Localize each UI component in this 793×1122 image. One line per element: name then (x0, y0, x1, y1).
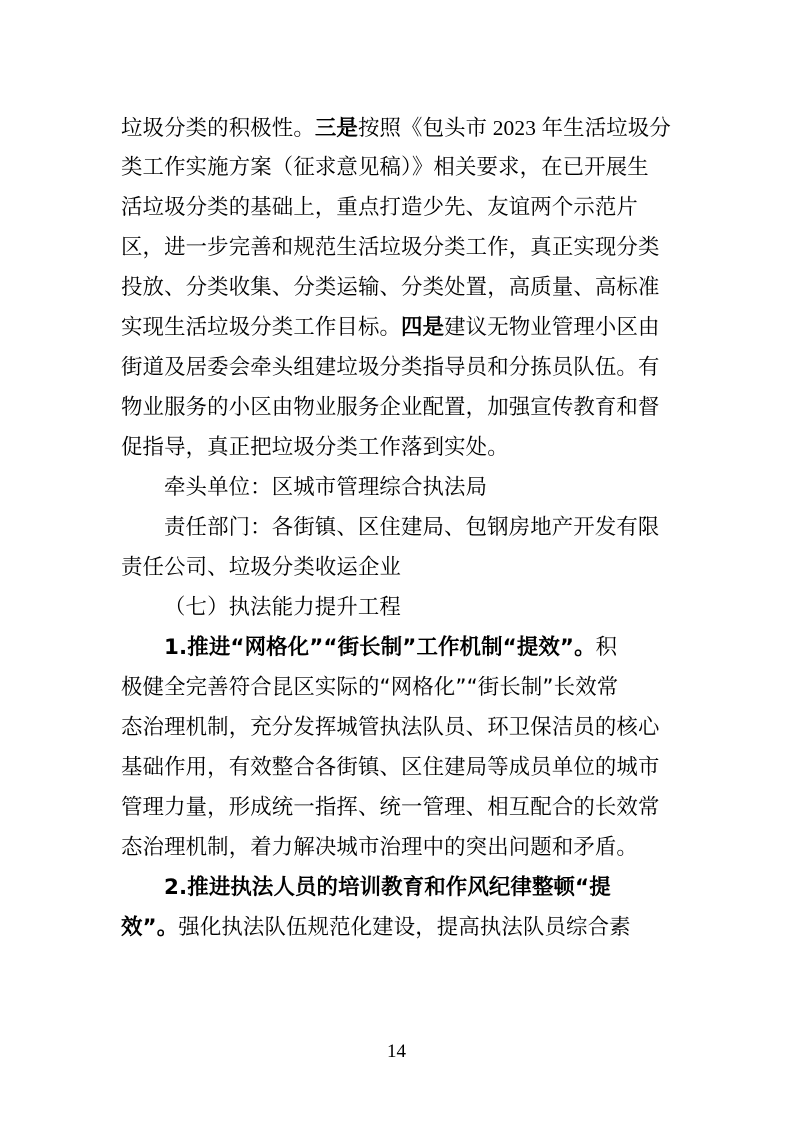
text-line: 极健全完善符合昆区实际的“网格化”“街长制”长效常 (121, 668, 681, 708)
text-run: 牵头单位：区城市管理综合执法局 (164, 475, 487, 500)
text-run: 垃圾分类的积极性。 (121, 116, 315, 141)
text-run: 2023 (487, 116, 541, 140)
text-line: 类工作实施方案（征求意见稿）》相关要求，在已开展生 (121, 148, 681, 188)
text-line: 牵头单位：区城市管理综合执法局 (164, 468, 724, 508)
text-line: 实现生活垃圾分类工作目标。四是建议无物业管理小区由 (121, 308, 681, 348)
text-run: 年生活垃圾分 (542, 116, 671, 141)
text-run: 活垃圾分类的基础上，重点打造少先、友谊两个示范片 (121, 195, 638, 220)
text-run: 强化执法队伍规范化建设，提高执法队员综合素 (178, 915, 630, 940)
text-line: 责任公司、垃圾分类收运企业 (121, 548, 681, 588)
bold-text-run: 2.推进执法人员的培训教育和作风纪律整顿“提 (164, 875, 611, 900)
bold-text-run: 四是 (401, 315, 444, 340)
text-run: 积 (596, 635, 618, 660)
text-run: （七）执法能力提升工程 (164, 595, 401, 620)
text-run: 投放、分类收集、分类运输、分类处置，高质量、高标准 (121, 275, 660, 300)
text-line: 管理力量，形成统一指挥、统一管理、相互配合的长效常 (121, 788, 681, 828)
page-number: 14 (0, 1040, 793, 1064)
text-run: 责任公司、垃圾分类收运企业 (121, 555, 401, 580)
text-line: 投放、分类收集、分类运输、分类处置，高质量、高标准 (121, 268, 681, 308)
text-line: 活垃圾分类的基础上，重点打造少先、友谊两个示范片 (121, 188, 681, 228)
text-run: 建议无物业管理小区由 (444, 315, 659, 340)
text-line: 促指导，真正把垃圾分类工作落到实处。 (121, 428, 681, 468)
bold-text-run: 1.推进“网格化”“街长制”工作机制“提效”。 (164, 635, 596, 660)
document-page: 垃圾分类的积极性。三是按照《包头市 2023 年生活垃圾分类工作实施方案（征求意… (0, 0, 793, 1122)
text-run: 责任部门：各街镇、区住建局、包钢房地产开发有限 (164, 515, 659, 540)
text-run: 类工作实施方案（征求意见稿）》相关要求，在已开展生 (121, 155, 649, 180)
text-line: 态治理机制，着力解决城市治理中的突出问题和矛盾。 (121, 828, 681, 868)
text-run: 基础作用，有效整合各街镇、区住建局等成员单位的城市 (121, 755, 660, 780)
text-run: 区，进一步完善和规范生活垃圾分类工作，真正实现分类 (121, 235, 660, 260)
text-run: 态治理机制，着力解决城市治理中的突出问题和矛盾。 (121, 835, 638, 860)
text-line: 1.推进“网格化”“街长制”工作机制“提效”。积 (164, 628, 724, 668)
text-run: 极健全完善符合昆区实际的“网格化”“街长制”长效常 (121, 675, 618, 700)
text-line: （七）执法能力提升工程 (164, 588, 724, 628)
text-run: 管理力量，形成统一指挥、统一管理、相互配合的长效常 (121, 795, 660, 820)
text-line: 态治理机制，充分发挥城管执法队员、环卫保洁员的核心 (121, 708, 681, 748)
bold-text-run: 三是 (315, 116, 358, 141)
text-line: 区，进一步完善和规范生活垃圾分类工作，真正实现分类 (121, 228, 681, 268)
text-line: 物业服务的小区由物业服务企业配置，加强宣传教育和督 (121, 388, 681, 428)
text-line: 责任部门：各街镇、区住建局、包钢房地产开发有限 (164, 508, 724, 548)
text-line: 基础作用，有效整合各街镇、区住建局等成员单位的城市 (121, 748, 681, 788)
text-run: 按照《包头市 (358, 116, 487, 141)
text-run: 促指导，真正把垃圾分类工作落到实处。 (121, 435, 509, 460)
text-run: 实现生活垃圾分类工作目标。 (121, 315, 401, 340)
text-run: 物业服务的小区由物业服务企业配置，加强宣传教育和督 (121, 395, 660, 420)
text-line: 街道及居委会牵头组建垃圾分类指导员和分拣员队伍。有 (121, 348, 681, 388)
text-run: 态治理机制，充分发挥城管执法队员、环卫保洁员的核心 (121, 715, 660, 740)
text-run: 街道及居委会牵头组建垃圾分类指导员和分拣员队伍。有 (121, 355, 660, 380)
text-line: 2.推进执法人员的培训教育和作风纪律整顿“提 (164, 868, 724, 908)
text-line: 垃圾分类的积极性。三是按照《包头市 2023 年生活垃圾分 (121, 108, 681, 148)
text-line: 效”。强化执法队伍规范化建设，提高执法队员综合素 (121, 908, 681, 948)
bold-text-run: 效”。 (121, 915, 178, 940)
